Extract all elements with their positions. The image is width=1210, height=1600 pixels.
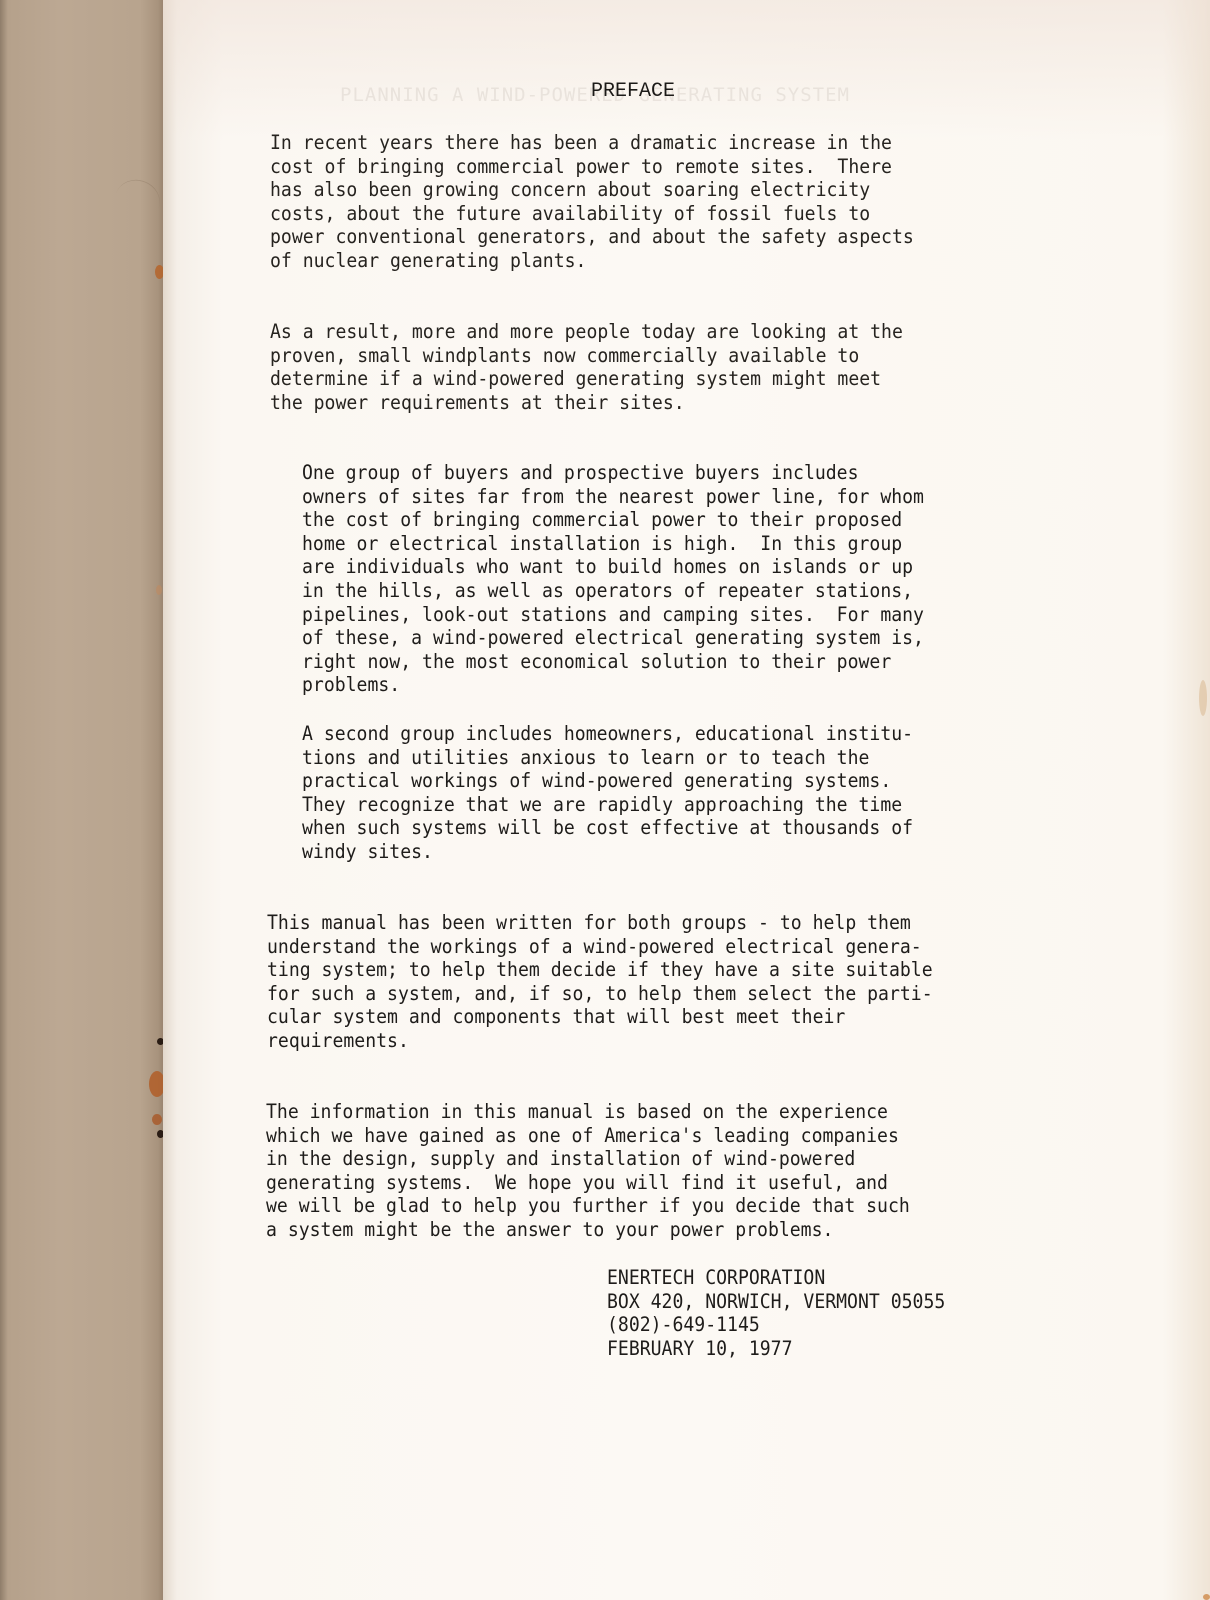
paragraph-intro: In recent years there has been a dramati… [270,131,914,273]
paragraph-result: As a result, more and more people today … [270,320,903,414]
signature-block: ENERTECH CORPORATION BOX 420, NORWICH, V… [607,1266,945,1360]
paragraph-group-two: A second group includes homeowners, educ… [302,722,913,864]
page-shading [163,0,1210,140]
edge-stain [1203,1594,1210,1600]
cover-crease [109,174,165,228]
rust-stain [156,585,162,595]
paragraph-group-one: One group of buyers and prospective buye… [302,461,924,697]
paragraph-experience: The information in this manual is based … [266,1100,910,1242]
paragraph-purpose: This manual has been written for both gr… [267,911,933,1053]
page-title: PREFACE [28,80,1210,103]
edge-stain [1199,680,1207,716]
rust-stain [152,1114,162,1125]
booklet-cover-edge [0,0,163,1600]
